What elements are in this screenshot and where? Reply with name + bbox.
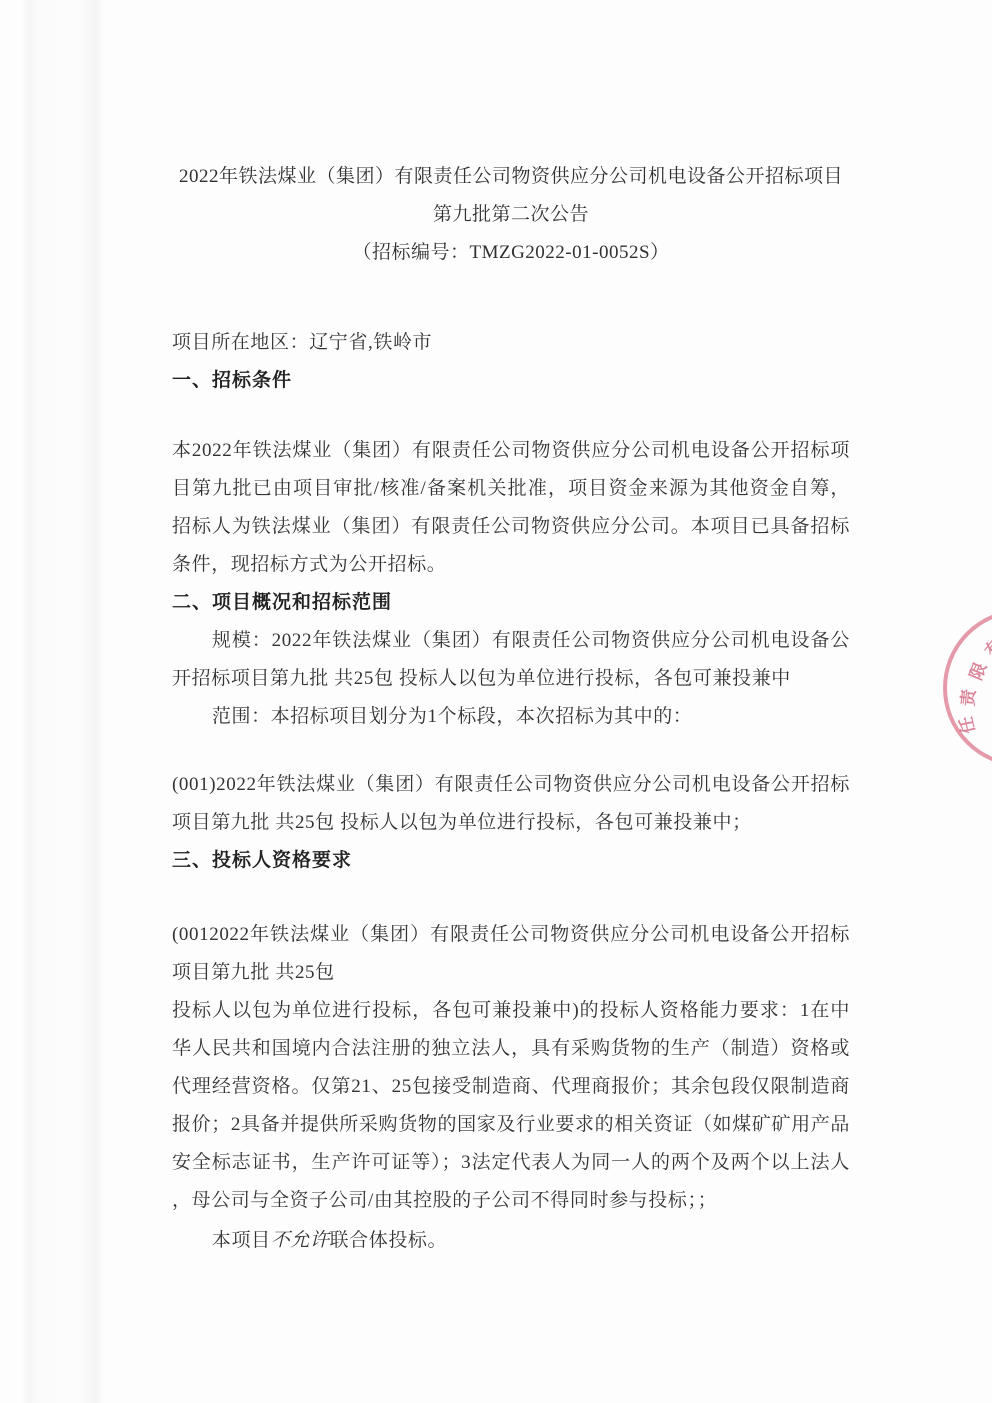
section1-paragraph-line: 招标人为铁法煤业（集团）有限责任公司物资供应分公司。本项目已具备招标 (172, 508, 850, 546)
section2-heading: 二、项目概况和招标范围 (172, 584, 850, 622)
qualification-line: ，母公司与全资子公司/由其控股的子公司不得同时参与投标；； (172, 1182, 850, 1220)
seal-character: 有 (977, 632, 992, 661)
section1-paragraph-line: 目第九批已由项目审批/核准/备案机关批准，项目资金来源为其他资金自筹， (172, 470, 850, 508)
title-line-1: 2022年铁法煤业（集团）有限责任公司物资供应分公司机电设备公开招标项目 (172, 158, 850, 196)
consortium-prefix: 本项目 (212, 1230, 271, 1251)
project-location: 项目所在地区：辽宁省,铁岭市 (172, 324, 850, 362)
seal-character: 任 (952, 715, 980, 737)
qualification-line: 项目第九批 共25包 (172, 954, 850, 992)
scale-line: 开招标项目第九批 共25包 投标人以包为单位进行投标，各包可兼投兼中 (172, 660, 850, 698)
document-content: 2022年铁法煤业（集团）有限责任公司物资供应分公司机电设备公开招标项目 第九批… (172, 158, 850, 1260)
package-line: (001)2022年铁法煤业（集团）有限责任公司物资供应分公司机电设备公开招标 (172, 766, 850, 804)
qualification-line: 华人民共和国境内合法注册的独立法人，具有采购货物的生产（制造）资格或 (172, 1030, 850, 1068)
consortium-suffix: 联合体投标。 (330, 1230, 448, 1251)
qualification-line: 报价；2具备并提供所采购货物的国家及行业要求的相关资证（如煤矿矿用产品 (172, 1106, 850, 1144)
document-page: 2022年铁法煤业（集团）有限责任公司物资供应分公司机电设备公开招标项目 第九批… (0, 0, 992, 1403)
section1-paragraph-line: 条件，现招标方式为公开招标。 (172, 546, 850, 584)
scale-line: 规模：2022年铁法煤业（集团）有限责任公司物资供应分公司机电设备公 (172, 622, 850, 660)
seal-character: 限 (962, 658, 992, 683)
consortium-emphasis: 不允许 (271, 1230, 330, 1251)
seal-character: 责 (953, 688, 980, 708)
qualification-line: 投标人以包为单位进行投标，各包可兼投兼中)的投标人资格能力要求：1在中 (172, 992, 850, 1030)
qualification-line: (0012022年铁法煤业（集团）有限责任公司物资供应分公司机电设备公开招标 (172, 916, 850, 954)
section1-heading: 一、招标条件 (172, 362, 850, 400)
title-line-2: 第九批第二次公告 (172, 196, 850, 234)
tender-number: （招标编号：TMZG2022-01-0052S） (172, 234, 850, 272)
qualification-line: 安全标志证书，生产许可证等）；3法定代表人为同一人的两个及两个以上法人 (172, 1144, 850, 1182)
section3-heading: 三、投标人资格要求 (172, 842, 850, 880)
scope-line: 范围：本招标项目划分为1个标段，本次招标为其中的： (172, 698, 850, 736)
section1-paragraph-line: 本2022年铁法煤业（集团）有限责任公司物资供应分公司机电设备公开招标项 (172, 432, 850, 470)
consortium-statement: 本项目不允许联合体投标。 (172, 1222, 850, 1260)
qualification-line: 代理经营资格。仅第21、25包接受制造商、代理商报价；其余包段仅限制造商 (172, 1068, 850, 1106)
package-line: 项目第九批 共25包 投标人以包为单位进行投标，各包可兼投兼中； (172, 804, 850, 842)
company-seal-stamp: 有 限 责 任 (943, 609, 992, 767)
scan-artifact-band (22, 0, 104, 1403)
